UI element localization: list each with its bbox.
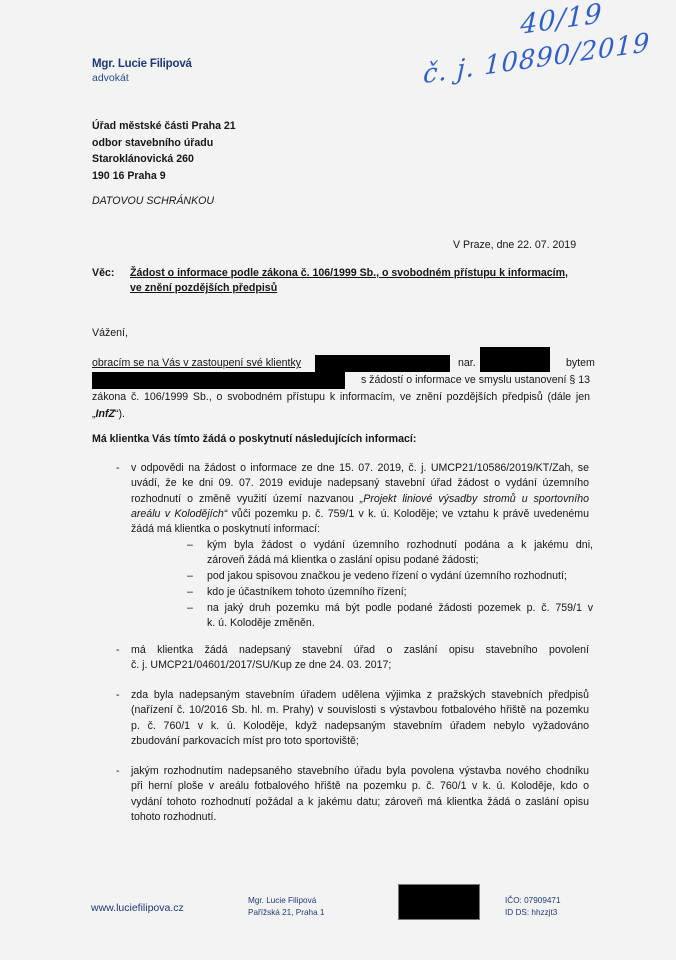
request-line: uvádí, že ke dni 09. 07. 2019 eviduje na… [131, 476, 589, 491]
recipient-line: Úřad městské části Praha 21 [92, 118, 236, 135]
quote-close: “). [115, 408, 125, 420]
intro-text: obracím se na Vás v zastoupení své klien… [92, 357, 301, 369]
handwritten-reference-number: 40/19 [520, 0, 603, 41]
request-line: v odpovědi na žádost o informace ze dne … [131, 461, 589, 476]
subrequest-3: kdo je účastníkem tohoto územního řízení… [207, 585, 593, 600]
request-line: tohoto rozhodnutí. [131, 810, 589, 825]
subrequest-1: kým byla žádost o vydání územního rozhod… [207, 538, 593, 569]
request-line: jakým rozhodnutím nadepsaného stavebního… [131, 764, 589, 779]
subrequest-line: kým byla žádost o vydání územního rozhod… [207, 538, 593, 553]
request-line: rozhodnutí o změně využití území nazvano… [131, 492, 589, 507]
footer-contact: Mgr. Lucie Filipová Pařížská 21, Praha 1 [248, 895, 324, 919]
subrequest-2: pod jakou spisovou značkou je vedeno říz… [207, 569, 593, 584]
request-line: při herní ploše v areálu fotbalového hři… [131, 779, 589, 794]
subject-text: Žádost o informace podle zákona č. 106/1… [130, 266, 590, 297]
subject-line: ve znění pozdějších předpisů [130, 281, 590, 296]
request-line: areálu v Kolodějích“ vůči pozemku p. č. … [131, 507, 589, 522]
bullet-dash: - [116, 688, 120, 703]
request-item-3: zda byla nadepsaným stavebním úřadem udě… [131, 688, 589, 749]
subject-label: Věc: [92, 266, 114, 281]
bullet-dash: - [116, 461, 120, 476]
request-line: žádá má klientka o poskytnutí informací: [131, 522, 589, 537]
redaction-client-name [315, 355, 450, 372]
bullet-dash: - [116, 764, 120, 779]
subbullet-dash: – [187, 585, 193, 600]
subrequest-4: na jaký druh pozemku má být podle podané… [207, 601, 593, 632]
request-line: má klientka žádá nadepsaný stavební úřad… [131, 643, 589, 658]
footer-website-link[interactable]: www.luciefilipova.cz [91, 902, 184, 914]
subrequest-line: k. ú. Koloděje změněn. [207, 616, 593, 631]
intro-line-2: s žádostí o informace ve smyslu ustanove… [348, 373, 590, 388]
subject-line: Žádost o informace podle zákona č. 106/1… [130, 266, 590, 281]
request-line: (nařízení č. 10/2016 Sb. hl. m. Prahy) v… [131, 703, 589, 718]
redaction-footer-signature [398, 884, 480, 920]
intro-residence-label: bytem [566, 356, 595, 371]
intro-line-3: zákona č. 106/1999 Sb., o svobodném přís… [92, 390, 590, 405]
subbullet-dash: – [187, 538, 193, 553]
subbullet-dash: – [187, 569, 193, 584]
letter-date: V Praze, dne 22. 07. 2019 [453, 238, 576, 253]
request-item-2: má klientka žádá nadepsaný stavební úřad… [131, 643, 589, 674]
recipient-line: 190 16 Praha 9 [92, 168, 236, 185]
footer-name: Mgr. Lucie Filipová [248, 895, 324, 907]
greeting: Vážení, [92, 326, 128, 341]
request-item-4: jakým rozhodnutím nadepsaného stavebního… [131, 764, 589, 825]
delivery-method: DATOVOU SCHRÁNKOU [92, 194, 214, 209]
intro-line-1a: obracím se na Vás v zastoupení své klien… [92, 356, 301, 371]
subrequest-line: zároveň žádá má klientka o zaslání opisu… [207, 553, 593, 568]
recipient-address: Úřad městské části Praha 21 odbor staveb… [92, 118, 236, 184]
request-line: zbudování parkovacích míst pro toto spor… [131, 734, 589, 749]
redaction-address [92, 372, 345, 389]
request-item-1: v odpovědi na žádost o informace ze dne … [131, 461, 589, 537]
footer-ico: IČO: 07909471 [505, 895, 561, 907]
intro-born-label: nar. [458, 356, 476, 371]
request-line: p. č. 760/1 v k. ú. Koloděje, když nadep… [131, 719, 589, 734]
subrequest-line: na jaký druh pozemku má být podle podané… [207, 601, 593, 616]
abbreviation: InfZ [96, 408, 115, 420]
letterhead-role: advokát [92, 72, 129, 84]
bullet-dash: - [116, 643, 120, 658]
footer-ids: IČO: 07909471 ID DS: hhzzjt3 [505, 895, 561, 919]
request-line: vydání tohoto rozhodnutí požádal a k jak… [131, 795, 589, 810]
subbullet-dash: – [187, 601, 193, 616]
intro-line-4: „InfZ“). [92, 407, 125, 422]
recipient-line: Staroklánovická 260 [92, 151, 236, 168]
request-line: č. j. UMCP21/04601/2017/SU/Kup ze dne 24… [131, 658, 589, 673]
requests-heading: Má klientka Vás tímto žádá o poskytnutí … [92, 432, 416, 447]
footer-data-box-id: ID DS: hhzzjt3 [505, 907, 561, 919]
recipient-line: odbor stavebního úřadu [92, 135, 236, 152]
redaction-birth-date [480, 347, 550, 372]
letterhead-name: Mgr. Lucie Filipová [92, 58, 192, 70]
request-line: zda byla nadepsaným stavebním úřadem udě… [131, 688, 589, 703]
footer-address: Pařížská 21, Praha 1 [248, 907, 324, 919]
